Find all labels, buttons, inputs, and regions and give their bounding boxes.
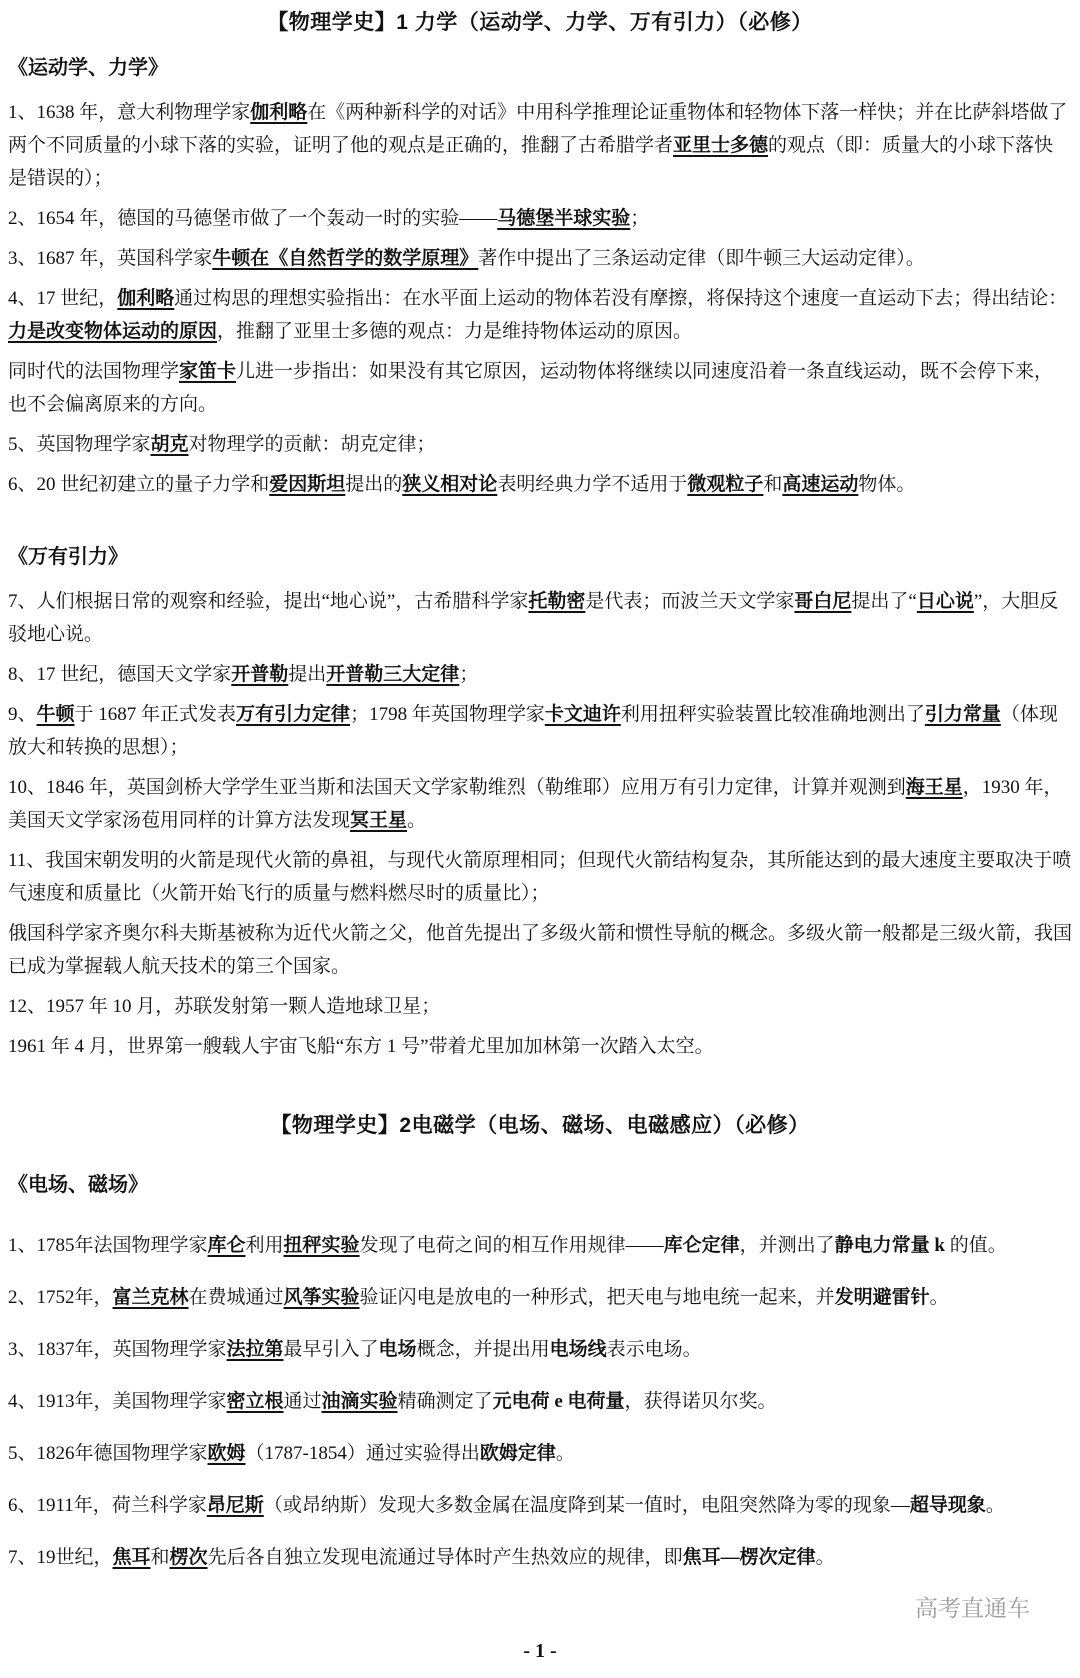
text-run: 7、19世纪， <box>8 1547 113 1568</box>
text-run: 哥白尼 <box>794 591 851 612</box>
paragraph: 7、19世纪，焦耳和楞次先后各自独立发现电流通过导体时产生热效应的规律，即焦耳—… <box>8 1541 1072 1574</box>
text-run: 亚里士多德 <box>673 135 768 156</box>
text-run: 通过构思的理想实验指出：在水平面上运动的物体若没有摩擦，将保持这个速度一直运动下… <box>174 288 1067 309</box>
paragraph: 12、1957 年 10 月，苏联发射第一颗人造地球卫星； <box>8 990 1072 1023</box>
document-body: 【物理学史】1 力学（运动学、力学、万有引力）（必修）《运动学、力学》1、163… <box>8 8 1072 1574</box>
text-run: 11、我国宋朝发明的火箭是现代火箭的鼻祖，与现代火箭原理相同；但现代火箭结构复杂… <box>8 850 1071 904</box>
text-run: 验证闪电是放电的一种形式，把天电与地电统一起来，并 <box>360 1287 835 1308</box>
text-run: 5、英国物理学家 <box>8 434 151 455</box>
text-run: 元电荷 e 电荷量 <box>493 1391 625 1412</box>
text-run: 发明避雷针 <box>835 1287 930 1308</box>
text-run: 。 <box>816 1547 835 1568</box>
section-electromagnetism: 【物理学史】2电磁学（电场、磁场、电磁感应）（必修）《电场、磁场》1、1785年… <box>8 1111 1072 1574</box>
page-number: - 1 - <box>8 1635 1072 1668</box>
text-run: 海王星 <box>906 777 963 798</box>
text-run: ，并测出了 <box>740 1235 835 1256</box>
text-run: 。 <box>930 1287 949 1308</box>
paragraph: 11、我国宋朝发明的火箭是现代火箭的鼻祖，与现代火箭原理相同；但现代火箭结构复杂… <box>8 844 1072 910</box>
text-run: 2、1752年， <box>8 1287 113 1308</box>
text-run: 《万有引力》 <box>8 546 128 568</box>
text-run: 油滴实验 <box>322 1391 398 1412</box>
text-run: （1787-1854）通过实验得出 <box>246 1443 480 1464</box>
paragraph: 1、1785年法国物理学家库仑利用扭秤实验发现了电荷之间的相互作用规律——库仑定… <box>8 1229 1072 1262</box>
text-run: 6、1911年，荷兰科学家 <box>8 1495 207 1516</box>
paragraph: 5、1826年德国物理学家欧姆（1787-1854）通过实验得出欧姆定律。 <box>8 1437 1072 1470</box>
text-run: 牛顿在《自然哲学的数学原理》 <box>212 248 478 269</box>
text-run: ；1798 年英国物理学家 <box>350 704 545 725</box>
text-run: 静电力常量 k <box>835 1235 945 1256</box>
text-run: 3、1687 年，英国科学家 <box>8 248 212 269</box>
text-run: 密立根 <box>227 1391 284 1412</box>
text-run: 楞次 <box>170 1547 208 1568</box>
text-run: 1961 年 4 月，世界第一艘载人宇宙飞船“东方 1 号”带着尤里加加林第一次… <box>8 1036 714 1057</box>
text-run: 著作中提出了三条运动定律（即牛顿三大运动定律）。 <box>478 248 925 269</box>
text-run: 法拉第 <box>227 1339 284 1360</box>
text-run: 概念，并提出用 <box>417 1339 550 1360</box>
text-run: 4、17 世纪， <box>8 288 117 309</box>
text-run: 库仑定律 <box>664 1235 740 1256</box>
watermark: 高考直通车 <box>8 1593 1072 1623</box>
paragraph: 6、20 世纪初建立的量子力学和爱因斯坦提出的狭义相对论表明经典力学不适用于微观… <box>8 468 1072 501</box>
text-run: 超导现象 <box>910 1495 986 1516</box>
text-run: 库仑 <box>208 1235 246 1256</box>
section-mechanics: 【物理学史】1 力学（运动学、力学、万有引力）（必修）《运动学、力学》1、163… <box>8 8 1072 1063</box>
text-run: 通过 <box>284 1391 322 1412</box>
section-title: 【物理学史】2电磁学（电场、磁场、电磁感应）（必修） <box>8 1111 1072 1141</box>
text-run: 1、1785年法国物理学家 <box>8 1235 208 1256</box>
text-run: 力是改变物体运动的原因 <box>8 321 217 342</box>
text-run: （或昂纳斯）发现大多数金属在温度降到某一值时，电阻突然降为零的现象— <box>264 1495 910 1516</box>
text-run: 12、1957 年 10 月，苏联发射第一颗人造地球卫星； <box>8 996 440 1017</box>
text-run: 电场 <box>379 1339 417 1360</box>
text-run: 3、1837年，英国物理学家 <box>8 1339 227 1360</box>
subsection-heading: 《万有引力》 <box>8 543 1072 571</box>
text-run: 1、1638 年，意大利物理学家 <box>8 102 250 123</box>
text-run: 微观粒子 <box>687 474 763 495</box>
text-run: 欧姆定律 <box>480 1443 556 1464</box>
text-run: 伽利略 <box>117 288 174 309</box>
text-run: 精确测定了 <box>398 1391 493 1412</box>
text-run: 风筝实验 <box>284 1287 360 1308</box>
text-run: 高速运动 <box>782 474 858 495</box>
paragraph: 1、1638 年，意大利物理学家伽利略在《两种新科学的对话》中用科学推理论证重物… <box>8 96 1072 195</box>
text-run: 利用扭秤实验装置比较准确地测出了 <box>621 704 925 725</box>
text-run: 6、20 世纪初建立的量子力学和 <box>8 474 269 495</box>
text-run: 电场线 <box>550 1339 607 1360</box>
text-run: 牛顿 <box>37 704 75 725</box>
text-run: 家笛卡 <box>179 361 236 382</box>
paragraph: 8、17 世纪，德国天文学家开普勒提出开普勒三大定律； <box>8 658 1072 691</box>
text-run: 最早引入了 <box>284 1339 379 1360</box>
text-run: 日心说 <box>917 591 974 612</box>
text-run: 爱因斯坦 <box>269 474 345 495</box>
text-run: 。 <box>986 1495 1005 1516</box>
text-run: 托勒密 <box>528 591 585 612</box>
text-run: 马德堡半球实验 <box>497 208 630 229</box>
text-run: 4、1913年，美国物理学家 <box>8 1391 227 1412</box>
text-run: 狭义相对论 <box>402 474 497 495</box>
paragraph: 俄国科学家齐奥尔科夫斯基被称为近代火箭之父，他首先提出了多级火箭和惯性导航的概念… <box>8 917 1072 983</box>
paragraph: 4、1913年，美国物理学家密立根通过油滴实验精确测定了元电荷 e 电荷量，获得… <box>8 1385 1072 1418</box>
text-run: 的值。 <box>945 1235 1007 1256</box>
text-run: 提出 <box>288 664 326 685</box>
text-run: 《电场、磁场》 <box>8 1174 148 1196</box>
text-run: ，推翻了亚里士多德的观点：力是维持物体运动的原因。 <box>217 321 692 342</box>
text-run: ； <box>459 664 478 685</box>
text-run: 焦耳—楞次定律 <box>683 1547 816 1568</box>
paragraph: 6、1911年，荷兰科学家昂尼斯（或昂纳斯）发现大多数金属在温度降到某一值时，电… <box>8 1489 1072 1522</box>
text-run: 2、1654 年，德国的马德堡市做了一个轰动一时的实验—— <box>8 208 497 229</box>
paragraph: 1961 年 4 月，世界第一艘载人宇宙飞船“东方 1 号”带着尤里加加林第一次… <box>8 1030 1072 1063</box>
text-run: 胡克 <box>151 434 189 455</box>
text-run: 于 1687 年正式发表 <box>75 704 237 725</box>
paragraph: 3、1837年，英国物理学家法拉第最早引入了电场概念，并提出用电场线表示电场。 <box>8 1333 1072 1366</box>
text-run: 俄国科学家齐奥尔科夫斯基被称为近代火箭之父，他首先提出了多级火箭和惯性导航的概念… <box>8 923 1072 977</box>
text-run: 9、 <box>8 704 37 725</box>
text-run: 是代表；而波兰天文学家 <box>585 591 794 612</box>
paragraph: 4、17 世纪，伽利略通过构思的理想实验指出：在水平面上运动的物体若没有摩擦，将… <box>8 282 1072 348</box>
paragraph: 10、1846 年，英国剑桥大学学生亚当斯和法国天文学家勒维烈（勒维耶）应用万有… <box>8 771 1072 837</box>
text-run: 先后各自独立发现电流通过导体时产生热效应的规律，即 <box>208 1547 683 1568</box>
section-title: 【物理学史】1 力学（运动学、力学、万有引力）（必修） <box>8 8 1072 38</box>
subsection-heading: 《运动学、力学》 <box>8 54 1072 82</box>
text-run: 万有引力定律 <box>236 704 350 725</box>
text-run: 昂尼斯 <box>207 1495 264 1516</box>
text-run: 对物理学的贡献：胡克定律； <box>189 434 436 455</box>
text-run: 。 <box>556 1443 575 1464</box>
text-run: 开普勒三大定律 <box>326 664 459 685</box>
text-run: 8、17 世纪，德国天文学家 <box>8 664 231 685</box>
text-run: 同时代的法国物理学 <box>8 361 179 382</box>
text-run: 物体。 <box>858 474 915 495</box>
text-run: 表明经典力学不适用于 <box>497 474 687 495</box>
paragraph: 7、人们根据日常的观察和经验，提出“地心说”，古希腊科学家托勒密是代表；而波兰天… <box>8 585 1072 651</box>
text-run: 7、人们根据日常的观察和经验，提出“地心说”，古希腊科学家 <box>8 591 528 612</box>
text-run: 在费城通过 <box>189 1287 284 1308</box>
text-run: 和 <box>763 474 782 495</box>
text-run: 欧姆 <box>208 1443 246 1464</box>
paragraph: 2、1752年，富兰克林在费城通过风筝实验验证闪电是放电的一种形式，把天电与地电… <box>8 1281 1072 1314</box>
paragraph: 3、1687 年，英国科学家牛顿在《自然哲学的数学原理》著作中提出了三条运动定律… <box>8 242 1072 275</box>
paragraph: 9、牛顿于 1687 年正式发表万有引力定律；1798 年英国物理学家卡文迪许利… <box>8 698 1072 764</box>
text-run: 提出了“ <box>851 591 916 612</box>
text-run: 卡文迪许 <box>545 704 621 725</box>
text-run: 冥王星 <box>350 810 407 831</box>
text-run: 伽利略 <box>250 102 307 123</box>
text-run: 利用 <box>246 1235 284 1256</box>
text-run: 。 <box>407 810 426 831</box>
text-run: ，获得诺贝尔奖。 <box>625 1391 777 1412</box>
paragraph: 同时代的法国物理学家笛卡儿进一步指出：如果没有其它原因，运动物体将继续以同速度沿… <box>8 355 1072 421</box>
text-run: 10、1846 年，英国剑桥大学学生亚当斯和法国天文学家勒维烈（勒维耶）应用万有… <box>8 777 906 798</box>
text-run: 发现了电荷之间的相互作用规律—— <box>360 1235 664 1256</box>
text-run: 富兰克林 <box>113 1287 189 1308</box>
text-run: ； <box>630 208 649 229</box>
text-run: 《运动学、力学》 <box>8 57 168 79</box>
text-run: 扭秤实验 <box>284 1235 360 1256</box>
text-run: 表示电场。 <box>607 1339 702 1360</box>
text-run: 5、1826年德国物理学家 <box>8 1443 208 1464</box>
paragraph: 5、英国物理学家胡克对物理学的贡献：胡克定律； <box>8 428 1072 461</box>
subsection-heading: 《电场、磁场》 <box>8 1171 1072 1199</box>
text-run: 开普勒 <box>231 664 288 685</box>
text-run: 和 <box>151 1547 170 1568</box>
text-run: 焦耳 <box>113 1547 151 1568</box>
text-run: 提出的 <box>345 474 402 495</box>
paragraph: 2、1654 年，德国的马德堡市做了一个轰动一时的实验——马德堡半球实验； <box>8 202 1072 235</box>
text-run: 引力常量 <box>925 704 1001 725</box>
